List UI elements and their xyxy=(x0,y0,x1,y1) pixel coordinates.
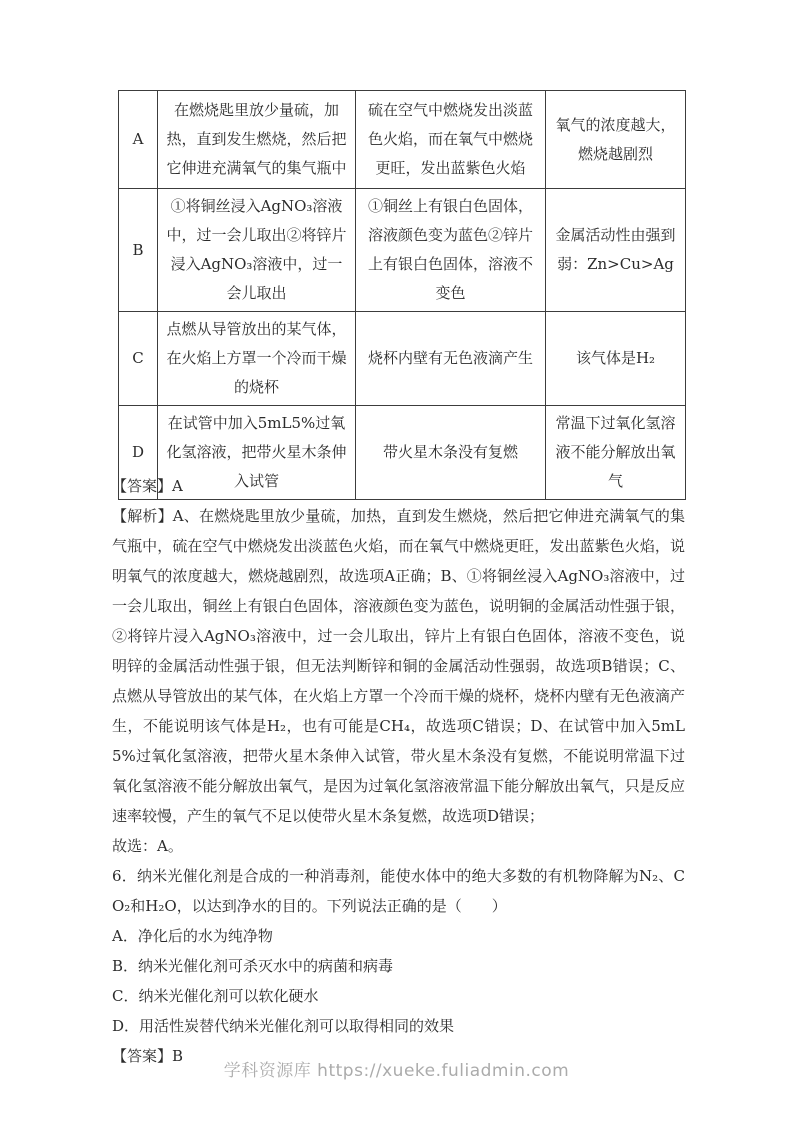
cell-phenomenon: ①铜丝上有银白色固体，溶液颜色变为蓝色②锌片上有银白色固体，溶液不变色 xyxy=(356,189,546,312)
analysis-label: 【解析】 xyxy=(112,507,173,525)
cell-conclusion: 金属活动性由强到弱：Zn>Cu>Ag xyxy=(546,189,686,312)
q6-stem-paragraph: 6．纳米光催化剂是合成的一种消毒剂，能使水体中的绝大多数的有机物降解为N₂、CO… xyxy=(112,861,685,921)
table-row: B ①将铜丝浸入AgNO₃溶液中，过一会儿取出②将锌片浸入AgNO₃溶液中，过一… xyxy=(119,189,686,312)
q5-analysis-text: A、在燃烧匙里放少量硫，加热，直到发生燃烧，然后把它伸进充满氧气的集气瓶中，硫在… xyxy=(112,507,685,825)
cell-conclusion: 该气体是H₂ xyxy=(546,312,686,406)
watermark-footer: 学科资源库 https://xueke.fuliadmin.com xyxy=(0,1056,793,1081)
q6-option-b: B．纳米光催化剂可杀灭水中的病菌和病毒 xyxy=(112,951,685,981)
q5-conclusion-line: 故选：A。 xyxy=(112,831,685,861)
q6-stem-text: 纳米光催化剂是合成的一种消毒剂，能使水体中的绝大多数的有机物降解为N₂、CO₂和… xyxy=(112,867,685,915)
cell-operation: ①将铜丝浸入AgNO₃溶液中，过一会儿取出②将锌片浸入AgNO₃溶液中，过一会儿… xyxy=(158,189,356,312)
q5-analysis-paragraph: 【解析】A、在燃烧匙里放少量硫，加热，直到发生燃烧，然后把它伸进充满氧气的集气瓶… xyxy=(112,501,685,831)
q6-option-a: A．净化后的水为纯净物 xyxy=(112,921,685,951)
cell-operation: 点燃从导管放出的某气体，在火焰上方罩一个冷而干燥的烧杯 xyxy=(158,312,356,406)
document-page: A 在燃烧匙里放少量硫，加热，直到发生燃烧，然后把它伸进充满氧气的集气瓶中 硫在… xyxy=(0,0,793,1122)
q5-answer-line: 【答案】A xyxy=(112,471,685,501)
body-text: 【答案】A 【解析】A、在燃烧匙里放少量硫，加热，直到发生燃烧，然后把它伸进充满… xyxy=(112,471,685,1071)
q6-option-d: D．用活性炭替代纳米光催化剂可以取得相同的效果 xyxy=(112,1011,685,1041)
q5-answer-value: A xyxy=(172,477,183,495)
cell-conclusion: 氧气的浓度越大，燃烧越剧烈 xyxy=(546,91,686,189)
cell-phenomenon: 硫在空气中燃烧发出淡蓝色火焰，而在氧气中燃烧更旺，发出蓝紫色火焰 xyxy=(356,91,546,189)
table-row: A 在燃烧匙里放少量硫，加热，直到发生燃烧，然后把它伸进充满氧气的集气瓶中 硫在… xyxy=(119,91,686,189)
cell-operation: 在燃烧匙里放少量硫，加热，直到发生燃烧，然后把它伸进充满氧气的集气瓶中 xyxy=(158,91,356,189)
table-row: C 点燃从导管放出的某气体，在火焰上方罩一个冷而干燥的烧杯 烧杯内壁有无色液滴产… xyxy=(119,312,686,406)
q6-number: 6． xyxy=(112,867,137,885)
cell-option-letter: B xyxy=(119,189,158,312)
cell-option-letter: C xyxy=(119,312,158,406)
cell-phenomenon: 烧杯内壁有无色液滴产生 xyxy=(356,312,546,406)
answer-label: 【答案】 xyxy=(112,477,172,495)
cell-option-letter: A xyxy=(119,91,158,189)
experiment-comparison-table: A 在燃烧匙里放少量硫，加热，直到发生燃烧，然后把它伸进充满氧气的集气瓶中 硫在… xyxy=(118,90,686,500)
q6-option-c: C．纳米光催化剂可以软化硬水 xyxy=(112,981,685,1011)
